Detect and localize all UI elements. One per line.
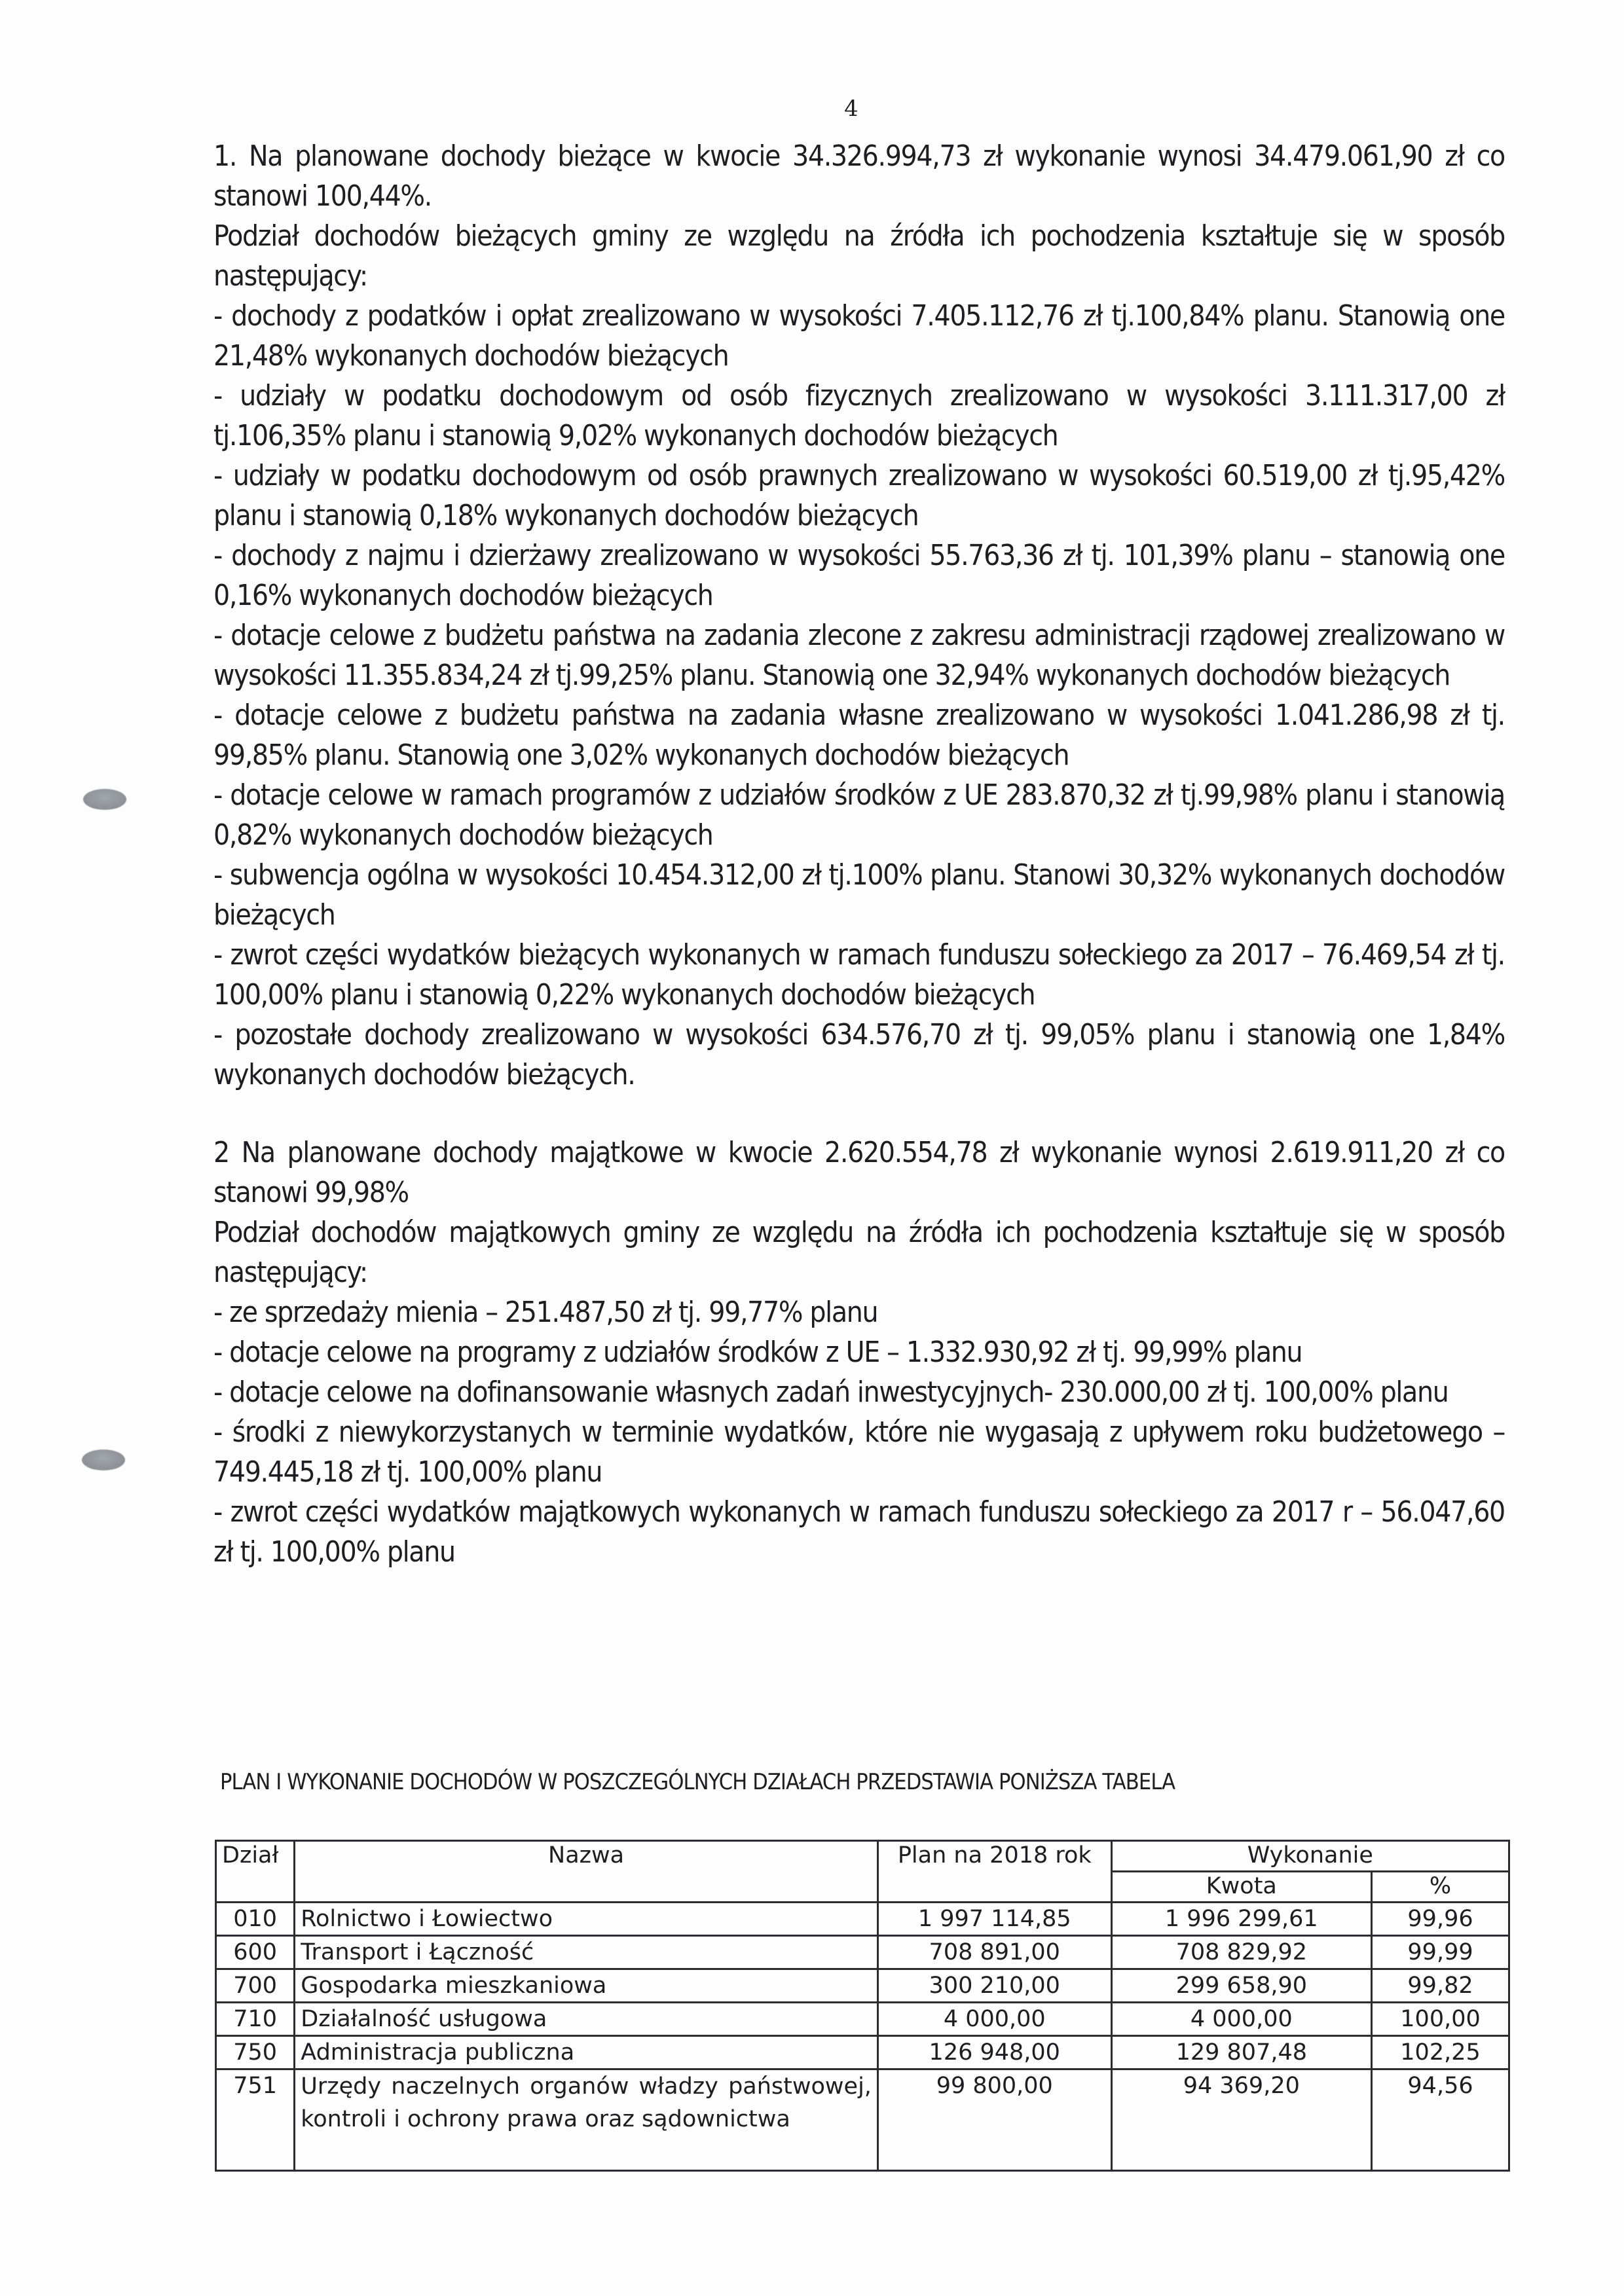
- cell-pct: 99,82: [1372, 1969, 1509, 2003]
- cell-kwota: 708 829,92: [1111, 1936, 1371, 1969]
- table-title: PLAN I WYKONANIE DOCHODÓW W POSZCZEGÓLNY…: [220, 1769, 1175, 1795]
- cell-nazwa: Gospodarka mieszkaniowa: [295, 1969, 878, 2003]
- cell-pct: 100,00: [1372, 2003, 1509, 2036]
- document-body: 1. Na planowane dochody bieżące w kwocie…: [213, 136, 1376, 1572]
- section-current-revenue: 1. Na planowane dochody bieżące w kwocie…: [213, 136, 1376, 1095]
- cell-nazwa: Działalność usługowa: [295, 2003, 878, 2036]
- list-item: - dochody z podatków i opłat zrealizowan…: [213, 296, 1505, 376]
- cell-dzial: 700: [216, 1969, 295, 2003]
- list-item: - dotacje celowe z budżetu państwa na za…: [213, 615, 1505, 695]
- page-number: 4: [0, 96, 1624, 122]
- table-row: 700 Gospodarka mieszkaniowa 300 210,00 2…: [216, 1969, 1509, 2003]
- list-item: - środki z niewykorzystanych w terminie …: [213, 1412, 1505, 1492]
- column-header-dzial: Dział: [216, 1841, 295, 1903]
- cell-pct: 99,99: [1372, 1936, 1509, 1969]
- column-header-wykonanie: Wykonanie: [1111, 1841, 1509, 1872]
- punch-hole-bottom: [82, 1449, 125, 1470]
- cell-kwota: 94 369,20: [1111, 2069, 1371, 2171]
- cell-kwota: 299 658,90: [1111, 1969, 1371, 2003]
- list-item: - zwrot części wydatków majątkowych wyko…: [213, 1492, 1505, 1572]
- cell-pct: 99,96: [1372, 1903, 1509, 1936]
- table-row: 710 Działalność usługowa 4 000,00 4 000,…: [216, 2003, 1509, 2036]
- cell-nazwa: Transport i Łączność: [295, 1936, 878, 1969]
- cell-plan: 300 210,00: [877, 1969, 1111, 2003]
- table-row: 010 Rolnictwo i Łowiectwo 1 997 114,85 1…: [216, 1903, 1509, 1936]
- cell-dzial: 710: [216, 2003, 295, 2036]
- cell-plan: 1 997 114,85: [877, 1903, 1111, 1936]
- paragraph: 1. Na planowane dochody bieżące w kwocie…: [213, 136, 1505, 216]
- column-header-plan: Plan na 2018 rok: [877, 1841, 1111, 1903]
- list-item: - dotacje celowe na programy z udziałów …: [213, 1332, 1505, 1372]
- paragraph: 2 Na planowane dochody majątkowe w kwoci…: [213, 1133, 1505, 1212]
- column-header-kwota: Kwota: [1111, 1872, 1371, 1903]
- cell-kwota: 1 996 299,61: [1111, 1903, 1371, 1936]
- column-header-pct: %: [1372, 1872, 1509, 1903]
- table-row: 600 Transport i Łączność 708 891,00 708 …: [216, 1936, 1509, 1969]
- cell-dzial: 600: [216, 1936, 295, 1969]
- list-item: - pozostałe dochody zrealizowano w wysok…: [213, 1015, 1505, 1095]
- paragraph: Podział dochodów bieżących gminy ze wzgl…: [213, 216, 1505, 296]
- list-item: - dochody z najmu i dzierżawy zrealizowa…: [213, 536, 1505, 615]
- cell-nazwa: Administracja publiczna: [295, 2036, 878, 2069]
- cell-pct: 94,56: [1372, 2069, 1509, 2171]
- revenue-by-division-table: Dział Nazwa Plan na 2018 rok Wykonanie K…: [215, 1840, 1510, 2172]
- paragraph: Podział dochodów majątkowych gminy ze wz…: [213, 1212, 1505, 1292]
- list-item: - ze sprzedaży mienia – 251.487,50 zł tj…: [213, 1292, 1505, 1332]
- spacer: [213, 1095, 1376, 1133]
- cell-pct: 102,25: [1372, 2036, 1509, 2069]
- cell-kwota: 129 807,48: [1111, 2036, 1371, 2069]
- list-item: - subwencja ogólna w wysokości 10.454.31…: [213, 855, 1505, 935]
- column-header-nazwa: Nazwa: [295, 1841, 878, 1903]
- list-item: - dotacje celowe na dofinansowanie własn…: [213, 1372, 1505, 1412]
- cell-kwota: 4 000,00: [1111, 2003, 1371, 2036]
- punch-hole-top: [83, 789, 126, 810]
- list-item: - dotacje celowe z budżetu państwa na za…: [213, 695, 1505, 775]
- list-item: - zwrot części wydatków bieżących wykona…: [213, 935, 1505, 1015]
- table-row: 750 Administracja publiczna 126 948,00 1…: [216, 2036, 1509, 2069]
- list-item: - dotacje celowe w ramach programów z ud…: [213, 775, 1505, 855]
- cell-plan: 4 000,00: [877, 2003, 1111, 2036]
- cell-dzial: 751: [216, 2069, 295, 2171]
- list-item: - udziały w podatku dochodowym od osób f…: [213, 376, 1505, 456]
- cell-nazwa: Rolnictwo i Łowiectwo: [295, 1903, 878, 1936]
- cell-plan: 708 891,00: [877, 1936, 1111, 1969]
- cell-plan: 126 948,00: [877, 2036, 1111, 2069]
- table-row: 751 Urzędy naczelnych organów władzy pań…: [216, 2069, 1509, 2171]
- cell-nazwa: Urzędy naczelnych organów władzy państwo…: [295, 2069, 878, 2171]
- cell-dzial: 750: [216, 2036, 295, 2069]
- list-item: - udziały w podatku dochodowym od osób p…: [213, 456, 1505, 536]
- cell-plan: 99 800,00: [877, 2069, 1111, 2171]
- cell-dzial: 010: [216, 1903, 295, 1936]
- section-capital-revenue: 2 Na planowane dochody majątkowe w kwoci…: [213, 1133, 1376, 1572]
